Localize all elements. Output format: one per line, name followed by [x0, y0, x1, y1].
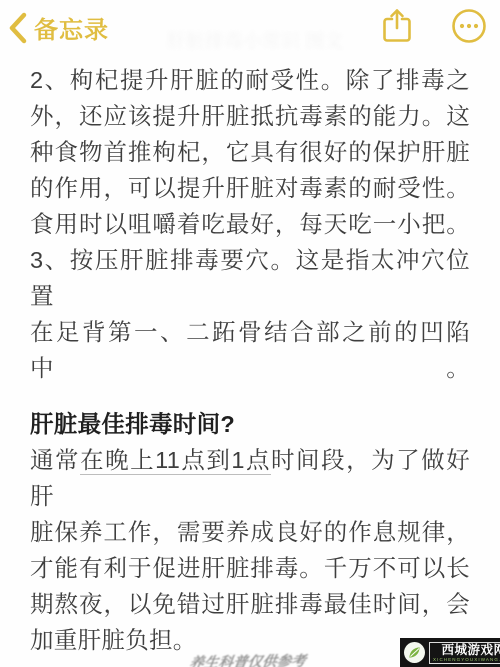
- note-line: 种食物首推枸杞，它具有很好的保护肝脏: [30, 134, 470, 170]
- chevron-left-icon: [8, 12, 28, 44]
- note-line-with-time: 通常在晚上11点到1点时间段，为了做好肝: [30, 442, 470, 514]
- share-icon: [382, 8, 412, 49]
- time-data-detector-link[interactable]: 在晚上11点到1点: [80, 447, 271, 475]
- note-body: 2、枸杞提升肝脏的耐受性。除了排毒之 外，还应该提升肝脏抵抗毒素的能力。这 种食…: [30, 62, 470, 658]
- site-subtext: XICHENGYOUXIWANG.COM: [433, 657, 500, 663]
- time-line-pre: 通常: [30, 447, 80, 473]
- site-name: 西城游戏网: [442, 644, 500, 657]
- ellipsis-circle-icon: [451, 8, 487, 49]
- note-line: 外，还应该提升肝脏抵抗毒素的能力。这: [30, 98, 470, 134]
- navbar: 备忘录 肝脏排毒小常识 图文: [0, 0, 500, 58]
- share-button[interactable]: [378, 8, 416, 48]
- note-line: 期熬夜，以免错过肝脏排毒最佳时间，会: [30, 586, 470, 622]
- note-line: 2、枸杞提升肝脏的耐受性。除了排毒之: [30, 62, 470, 98]
- more-button[interactable]: [450, 8, 488, 48]
- faded-note-title: 肝脏排毒小常识 图文: [140, 26, 370, 53]
- note-line: 脏保养工作，需要养成良好的作息规律，: [30, 514, 470, 550]
- back-label: 备忘录: [34, 10, 109, 45]
- leaf-icon: [404, 642, 425, 663]
- note-line: 才能有利于促进肝脏排毒。千万不可以长: [30, 550, 470, 586]
- note-line: 的作用，可以提升肝脏对毒素的耐受性。: [30, 170, 470, 206]
- note-line: 食用时以咀嚼着吃最好，每天吃一小把。: [30, 206, 470, 242]
- site-badge: 西城游戏网 XICHENGYOUXIWANG.COM: [400, 638, 500, 667]
- note-heading: 肝脏最佳排毒时间?: [30, 406, 470, 442]
- note-line: 3、按压肝脏排毒要穴。这是指太冲穴位置: [30, 242, 470, 314]
- back-button[interactable]: 备忘录: [8, 10, 109, 45]
- note-line: 在足背第一、二跖骨结合部之前的凹陷中。: [30, 314, 470, 386]
- notes-app-screen: 备忘录 肝脏排毒小常识 图文: [0, 0, 500, 667]
- navbar-actions: [378, 8, 488, 48]
- site-badge-text-box: 西城游戏网 XICHENGYOUXIWANG.COM: [429, 642, 500, 664]
